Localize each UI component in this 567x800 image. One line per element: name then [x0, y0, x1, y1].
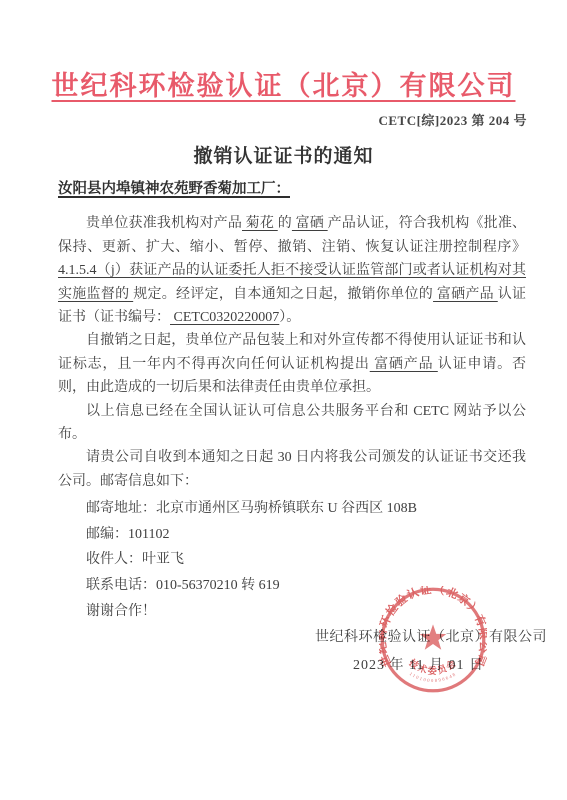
company-seal-stamp: 世纪科环检验认证（北京）有限公司 技术委员会 1101000890648 [379, 586, 487, 694]
mail-zipcode-line: 邮编：101102 [58, 522, 526, 548]
stamp-committee-text: 技术委员会 [407, 656, 459, 676]
notice-title: 撤销认证证书的通知 [0, 141, 567, 168]
p1-underlined-cert-type: 富硒 [292, 216, 328, 231]
company-title: 世纪科环检验认证（北京）有限公司 [0, 64, 567, 103]
p1-text: 规定。经评定，自本通知之日起，撤销你单位的 [133, 287, 433, 302]
paragraph-2: 自撤销之日起，贵单位产品包装上和对外宣传都不得使用认证证书和认证标志，且一年内不… [58, 329, 526, 399]
mail-address-line: 邮寄地址：北京市通州区马驹桥镇联东 U 谷西区 108B [58, 496, 526, 522]
p1-underlined-cert-product: 富硒产品 [433, 287, 498, 302]
mail-recipient-line: 收件人：叶亚飞 [58, 547, 526, 573]
paragraph-1: 贵单位获准我机构对产品 菊花 的 富硒 产品认证，符合我机构《批准、保持、更新、… [58, 212, 526, 329]
p2-underlined-cert-product: 富硒产品 [370, 357, 438, 372]
p1-underlined-cert-number: CETC0320220007 [170, 310, 279, 325]
reference-number: CETC[综]2023 第 204 号 [378, 110, 527, 129]
p1-text: 的 [278, 216, 292, 231]
document-body: 汝阳县内埠镇神农苑野香菊加工厂： 贵单位获准我机构对产品 菊花 的 富硒 产品认… [58, 178, 526, 624]
stamp-star-icon [420, 624, 447, 649]
p1-text: 贵单位获准我机构对产品 [86, 216, 242, 231]
p1-underlined-product: 菊花 [242, 216, 278, 231]
p1-text: ）。 [279, 310, 300, 325]
document-page: 世纪科环检验认证（北京）有限公司 CETC[综]2023 第 204 号 撤销认… [0, 0, 567, 800]
addressee-line: 汝阳县内埠镇神农苑野香菊加工厂： [58, 178, 526, 201]
paragraph-3: 以上信息已经在全国认证认可信息公共服务平台和 CETC 网站予以公布。 [58, 400, 526, 447]
paragraph-4: 请贵公司自收到本通知之日起 30 日内将我公司颁发的认证证书交还我公司。邮寄信息… [58, 446, 526, 493]
